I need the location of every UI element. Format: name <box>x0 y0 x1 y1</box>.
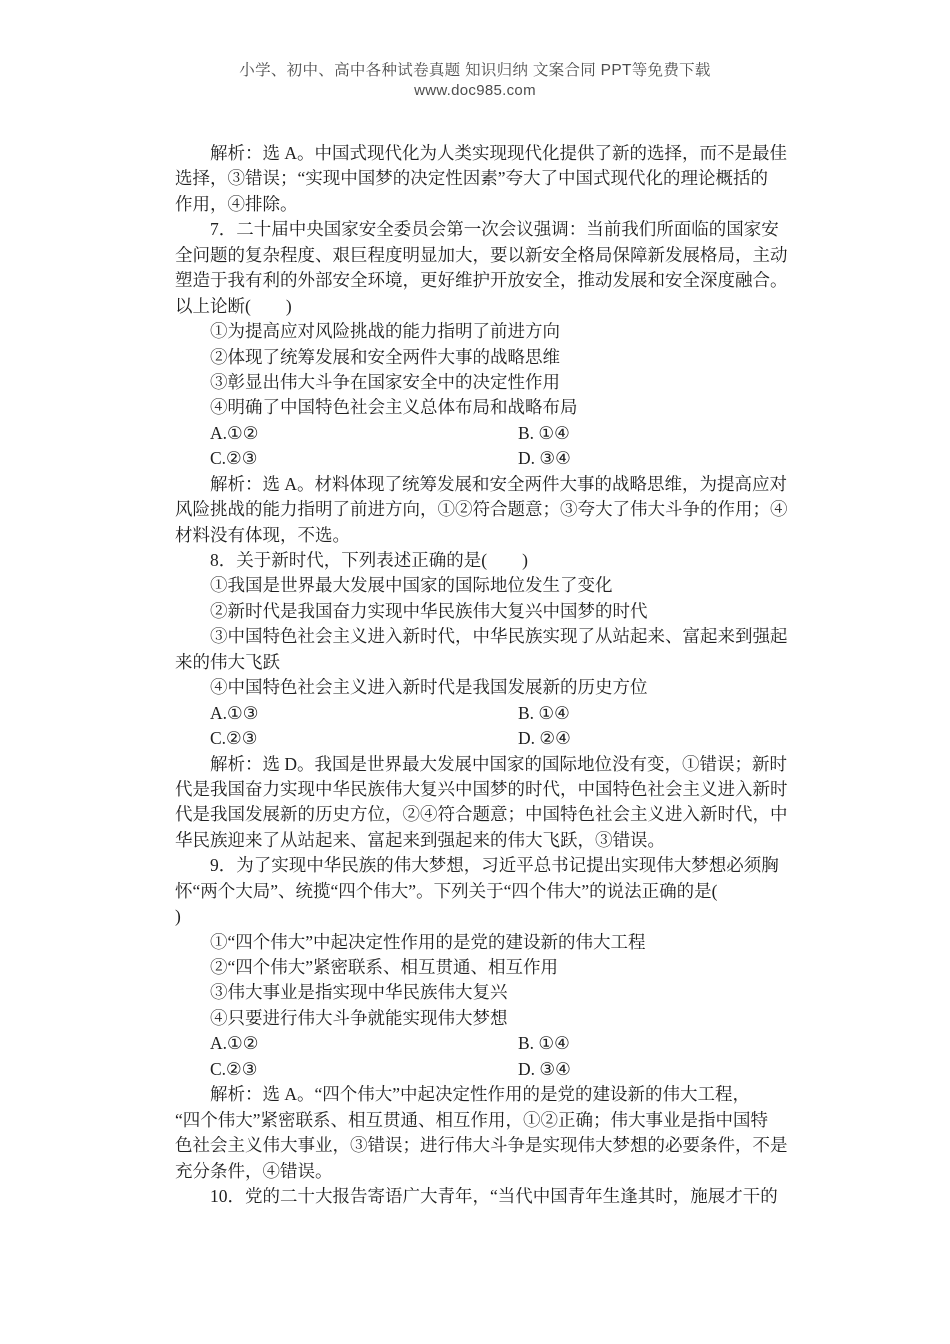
text-line: 来的伟大飞跃 <box>175 650 820 675</box>
text-line: ②体现了统筹发展和安全两件大事的战略思维 <box>175 345 820 370</box>
options-row: A.①②B. ①④ <box>175 421 820 446</box>
option-right: B. ①④ <box>518 1031 570 1056</box>
text-line: ④只要进行伟大斗争就能实现伟大梦想 <box>175 1006 820 1031</box>
text-line: ②“四个伟大”紧密联系、相互贯通、相互作用 <box>175 955 820 980</box>
text-line: 风险挑战的能力指明了前进方向，①②符合题意；③夸大了伟大斗争的作用；④ <box>175 497 820 522</box>
text-line: 代是我国发展新的历史方位，②④符合题意；中国特色社会主义进入新时代，中 <box>175 802 820 827</box>
options-row: C.②③D. ③④ <box>175 1057 820 1082</box>
option-right: B. ①④ <box>518 421 570 446</box>
text-line: 以上论断( ) <box>175 294 820 319</box>
text-line: 10．党的二十大报告寄语广大青年，“当代中国青年生逢其时，施展才干的 <box>175 1184 820 1209</box>
option-right: D. ③④ <box>518 1057 571 1082</box>
text-line: 7．二十届中央国家安全委员会第一次会议强调：当前我们所面临的国家安 <box>175 217 820 242</box>
text-line: 材料没有体现，不选。 <box>175 523 820 548</box>
option-left: C.②③ <box>210 728 257 748</box>
text-line: ③中国特色社会主义进入新时代，中华民族实现了从站起来、富起来到强起 <box>175 624 820 649</box>
option-left: C.②③ <box>210 1059 257 1079</box>
watermark-text: 小学、初中、高中各种试卷真题 知识归纳 文案合同 PPT等免费下载 <box>0 61 950 81</box>
text-line: 解析：选 A。材料体现了统筹发展和安全两件大事的战略思维，为提高应对 <box>175 472 820 497</box>
site-watermark-header: 小学、初中、高中各种试卷真题 知识归纳 文案合同 PPT等免费下载 www.do… <box>0 61 950 101</box>
text-line: 选择，③错误；“实现中国梦的决定性因素”夸大了中国式现代化的理论概括的 <box>175 166 820 191</box>
text-line: 色社会主义伟大事业，③错误；进行伟大斗争是实现伟大梦想的必要条件，不是 <box>175 1133 820 1158</box>
text-line: ③伟大事业是指实现中华民族伟大复兴 <box>175 980 820 1005</box>
text-line: ④中国特色社会主义进入新时代是我国发展新的历史方位 <box>175 675 820 700</box>
option-left: A.①③ <box>210 703 258 723</box>
options-row: C.②③D. ②④ <box>175 726 820 751</box>
document-body: 解析：选 A。中国式现代化为人类实现现代化提供了新的选择，而不是最佳选择，③错误… <box>175 141 820 1209</box>
text-line: 全问题的复杂程度、艰巨程度明显加大，要以新安全格局保障新发展格局，主动 <box>175 243 820 268</box>
text-line: 8．关于新时代，下列表述正确的是( ) <box>175 548 820 573</box>
document-page: 小学、初中、高中各种试卷真题 知识归纳 文案合同 PPT等免费下载 www.do… <box>0 0 950 1344</box>
text-line: “四个伟大”紧密联系、相互贯通、相互作用，①②正确；伟大事业是指中国特 <box>175 1108 820 1133</box>
option-left: A.①② <box>210 1033 258 1053</box>
text-line: 代是我国奋力实现中华民族伟大复兴中国梦的时代，中国特色社会主义进入新时 <box>175 777 820 802</box>
text-line: ) <box>175 904 820 929</box>
text-line: 解析：选 D。我国是世界最大发展中国家的国际地位没有变，①错误；新时 <box>175 752 820 777</box>
options-row: A.①③B. ①④ <box>175 701 820 726</box>
options-row: C.②③D. ③④ <box>175 446 820 471</box>
text-line: 解析：选 A。中国式现代化为人类实现现代化提供了新的选择，而不是最佳 <box>175 141 820 166</box>
option-right: B. ①④ <box>518 701 570 726</box>
text-line: ③彰显出伟大斗争在国家安全中的决定性作用 <box>175 370 820 395</box>
options-row: A.①②B. ①④ <box>175 1031 820 1056</box>
text-line: ①为提高应对风险挑战的能力指明了前进方向 <box>175 319 820 344</box>
option-left: C.②③ <box>210 448 257 468</box>
text-line: ①我国是世界最大发展中国家的国际地位发生了变化 <box>175 573 820 598</box>
text-line: 充分条件，④错误。 <box>175 1159 820 1184</box>
option-right: D. ②④ <box>518 726 571 751</box>
watermark-url: www.doc985.com <box>0 81 950 101</box>
text-line: ④明确了中国特色社会主义总体布局和战略布局 <box>175 395 820 420</box>
text-line: 怀“两个大局”、统揽“四个伟大”。下列关于“四个伟大”的说法正确的是( <box>175 879 820 904</box>
option-left: A.①② <box>210 423 258 443</box>
option-right: D. ③④ <box>518 446 571 471</box>
text-line: ②新时代是我国奋力实现中华民族伟大复兴中国梦的时代 <box>175 599 820 624</box>
text-line: 塑造于我有利的外部安全环境，更好维护开放安全，推动发展和安全深度融合。 <box>175 268 820 293</box>
text-line: ①“四个伟大”中起决定性作用的是党的建设新的伟大工程 <box>175 930 820 955</box>
text-line: 作用，④排除。 <box>175 192 820 217</box>
text-line: 华民族迎来了从站起来、富起来到强起来的伟大飞跃，③错误。 <box>175 828 820 853</box>
text-line: 解析：选 A。“四个伟大”中起决定性作用的是党的建设新的伟大工程， <box>175 1082 820 1107</box>
text-line: 9．为了实现中华民族的伟大梦想，习近平总书记提出实现伟大梦想必须胸 <box>175 853 820 878</box>
